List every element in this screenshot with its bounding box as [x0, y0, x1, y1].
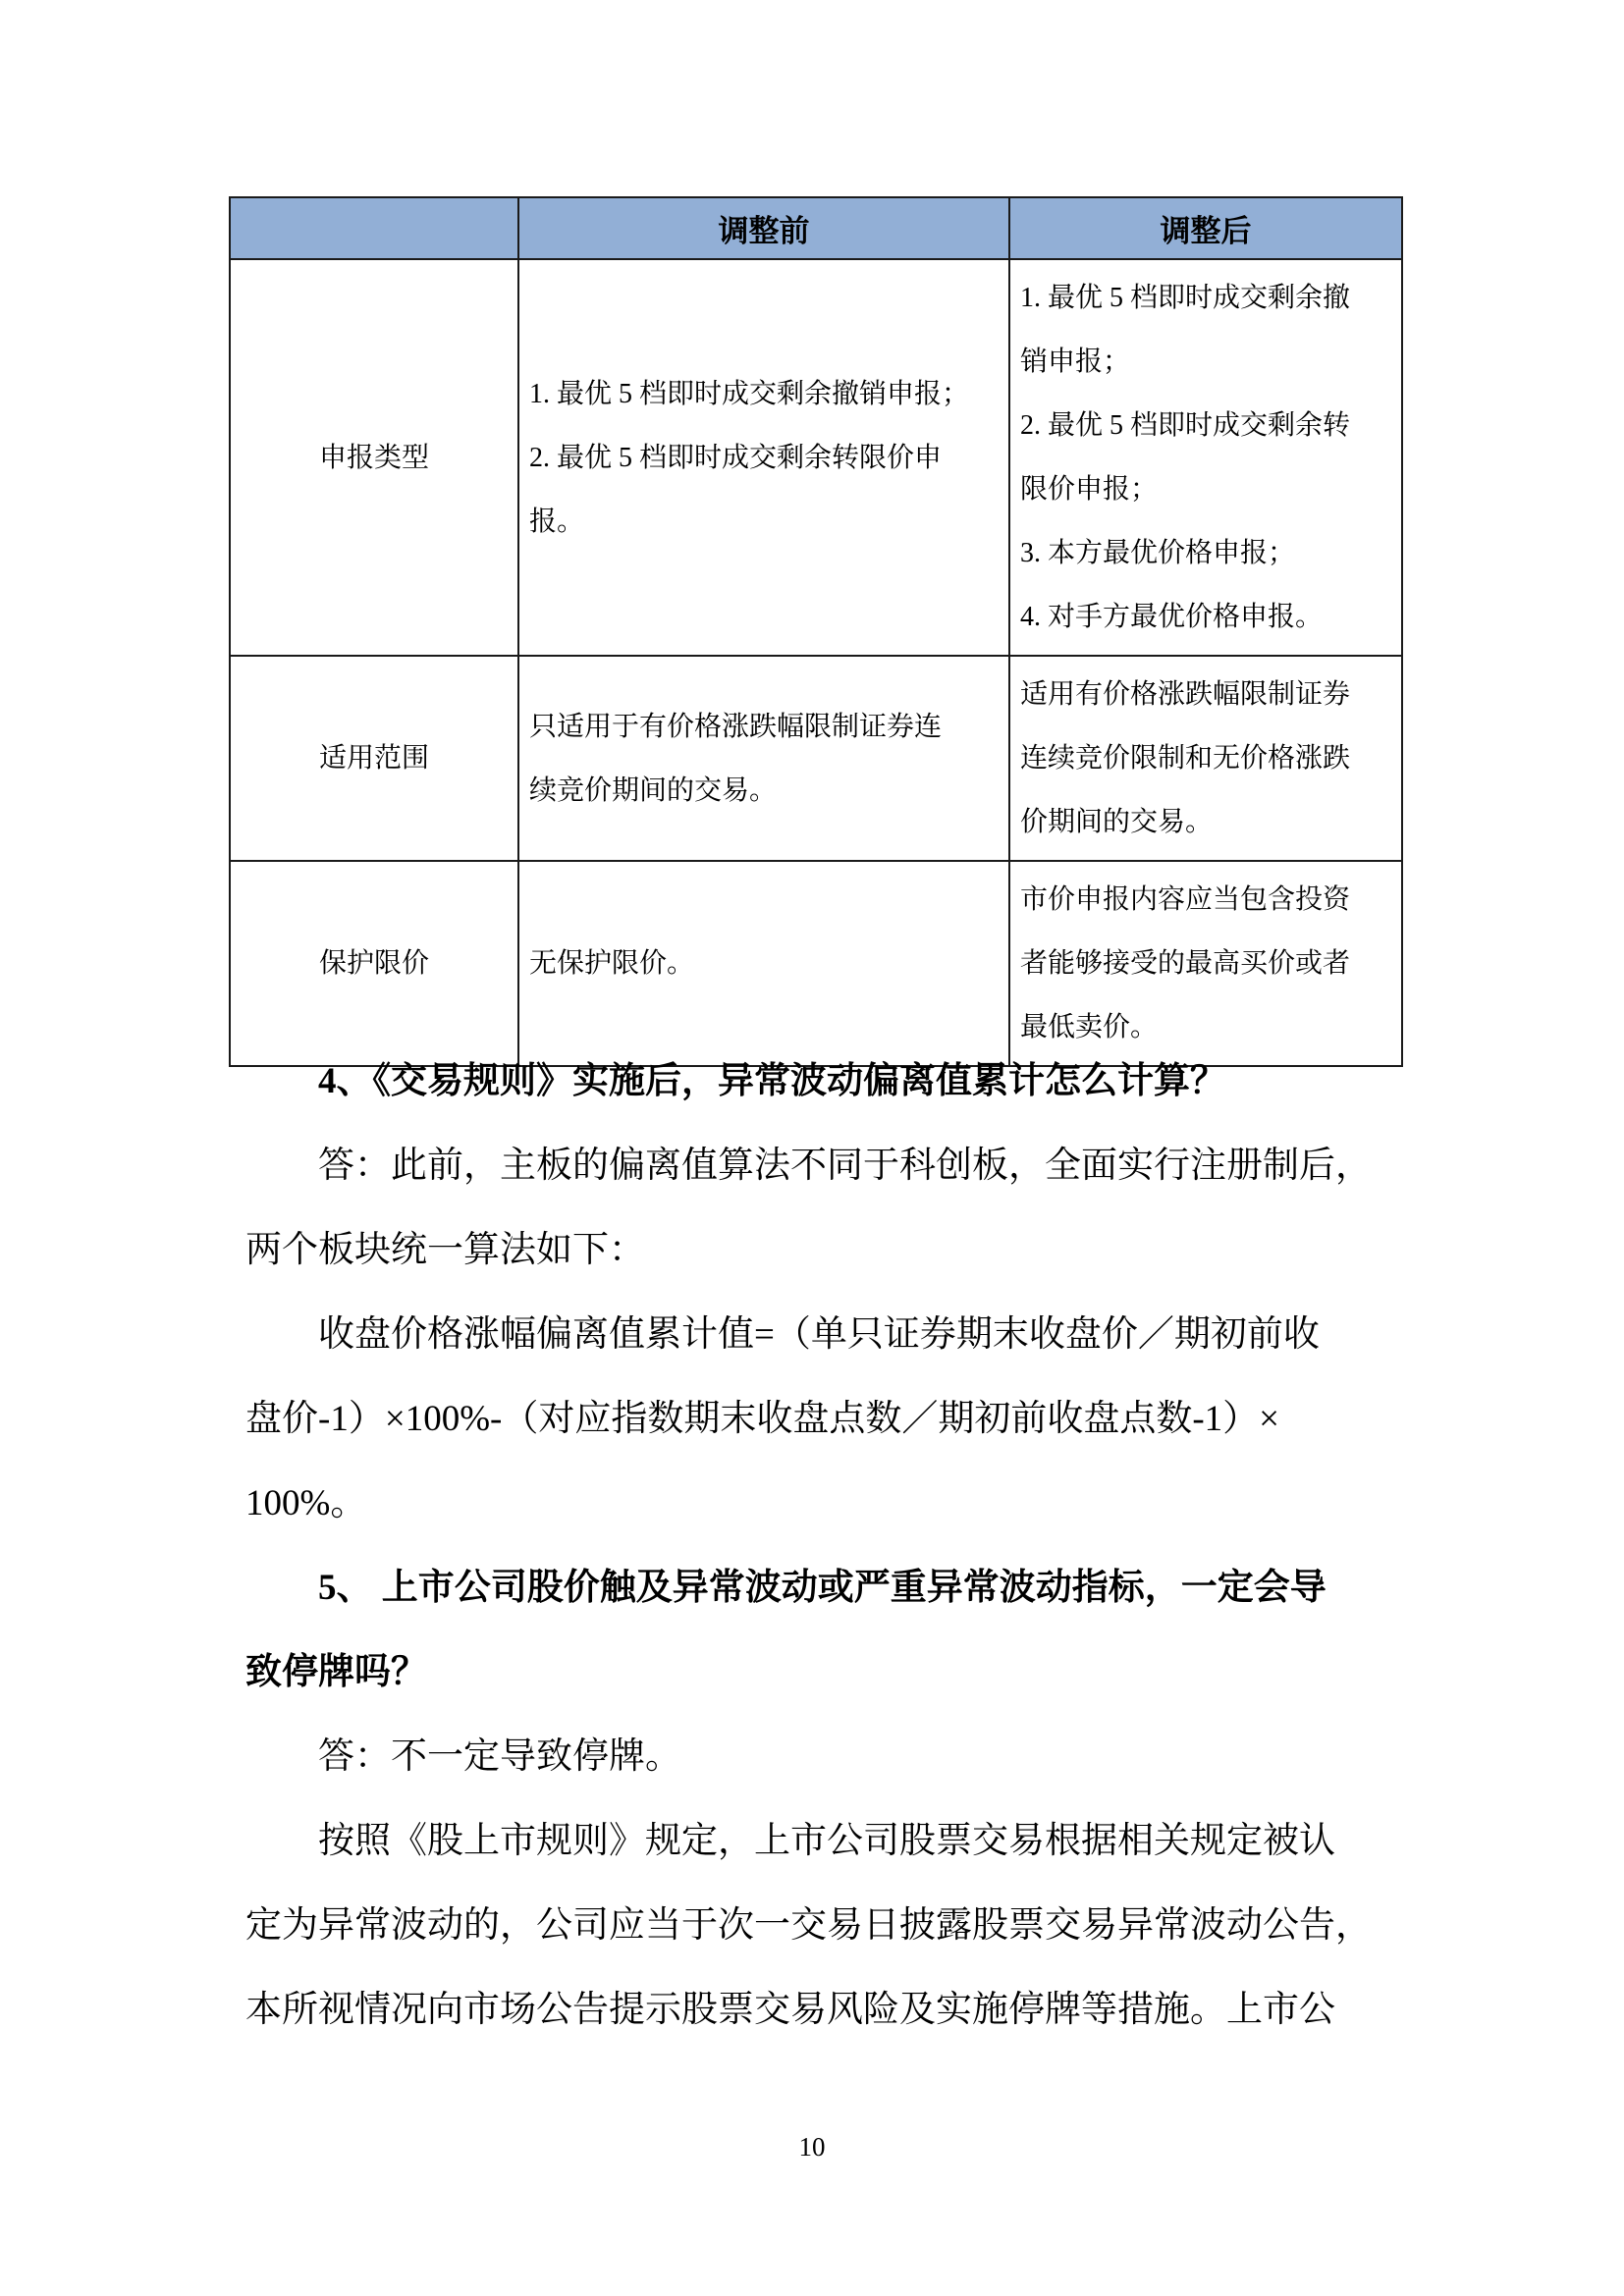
cell-before: 无保护限价。	[518, 861, 1009, 1066]
table-row-applicable-scope: 适用范围 只适用于有价格涨跌幅限制证券连 续竞价期间的交易。 适用有价格涨跌幅限…	[230, 656, 1402, 861]
answer-4-paragraph: 答：此前，主板的偏离值算法不同于科创板，全面实行注册制后， 两个板块统一算法如下…	[245, 1124, 1394, 1293]
adjustment-comparison-table: 调整前 调整后 申报类型 1. 最优 5 档即时成交剩余撤销申报； 2. 最优 …	[229, 196, 1403, 1067]
document-body: 4、《交易规则》实施后，异常波动偏离值累计怎么计算？ 答：此前，主板的偏离值算法…	[245, 1040, 1394, 2053]
cell-after: 适用有价格涨跌幅限制证券 连续竞价限制和无价格涨跌 价期间的交易。	[1009, 656, 1402, 861]
answer-5-paragraph: 答：不一定导致停牌。	[245, 1715, 1394, 1799]
table-corner-cell	[230, 197, 518, 259]
cell-before: 1. 最优 5 档即时成交剩余撤销申报； 2. 最优 5 档即时成交剩余转限价申…	[518, 259, 1009, 656]
row-label: 适用范围	[230, 656, 518, 861]
cell-after: 1. 最优 5 档即时成交剩余撤 销申报； 2. 最优 5 档即时成交剩余转 限…	[1009, 259, 1402, 656]
row-label: 保护限价	[230, 861, 518, 1066]
question-5-heading: 5、 上市公司股价触及异常波动或严重异常波动指标，一定会导 致停牌吗？	[245, 1546, 1394, 1715]
cell-after: 市价申报内容应当包含投资 者能够接受的最高买价或者 最低卖价。	[1009, 861, 1402, 1066]
page-number: 10	[0, 2132, 1624, 2162]
table-row-protective-limit: 保护限价 无保护限价。 市价申报内容应当包含投资 者能够接受的最高买价或者 最低…	[230, 861, 1402, 1066]
column-header-before: 调整前	[518, 197, 1009, 259]
table-row-order-type: 申报类型 1. 最优 5 档即时成交剩余撤销申报； 2. 最优 5 档即时成交剩…	[230, 259, 1402, 656]
document-page: 调整前 调整后 申报类型 1. 最优 5 档即时成交剩余撤销申报； 2. 最优 …	[0, 0, 1624, 2296]
cell-before: 只适用于有价格涨跌幅限制证券连 续竞价期间的交易。	[518, 656, 1009, 861]
answer-5-detail-paragraph: 按照《股上市规则》规定，上市公司股票交易根据相关规定被认 定为异常波动的，公司应…	[245, 1799, 1394, 2053]
row-label: 申报类型	[230, 259, 518, 656]
column-header-after: 调整后	[1009, 197, 1402, 259]
table-header-row: 调整前 调整后	[230, 197, 1402, 259]
formula-paragraph: 收盘价格涨幅偏离值累计值=（单只证券期末收盘价／期初前收 盘价-1）×100%-…	[245, 1293, 1394, 1546]
question-4-heading: 4、《交易规则》实施后，异常波动偏离值累计怎么计算？	[245, 1040, 1394, 1124]
